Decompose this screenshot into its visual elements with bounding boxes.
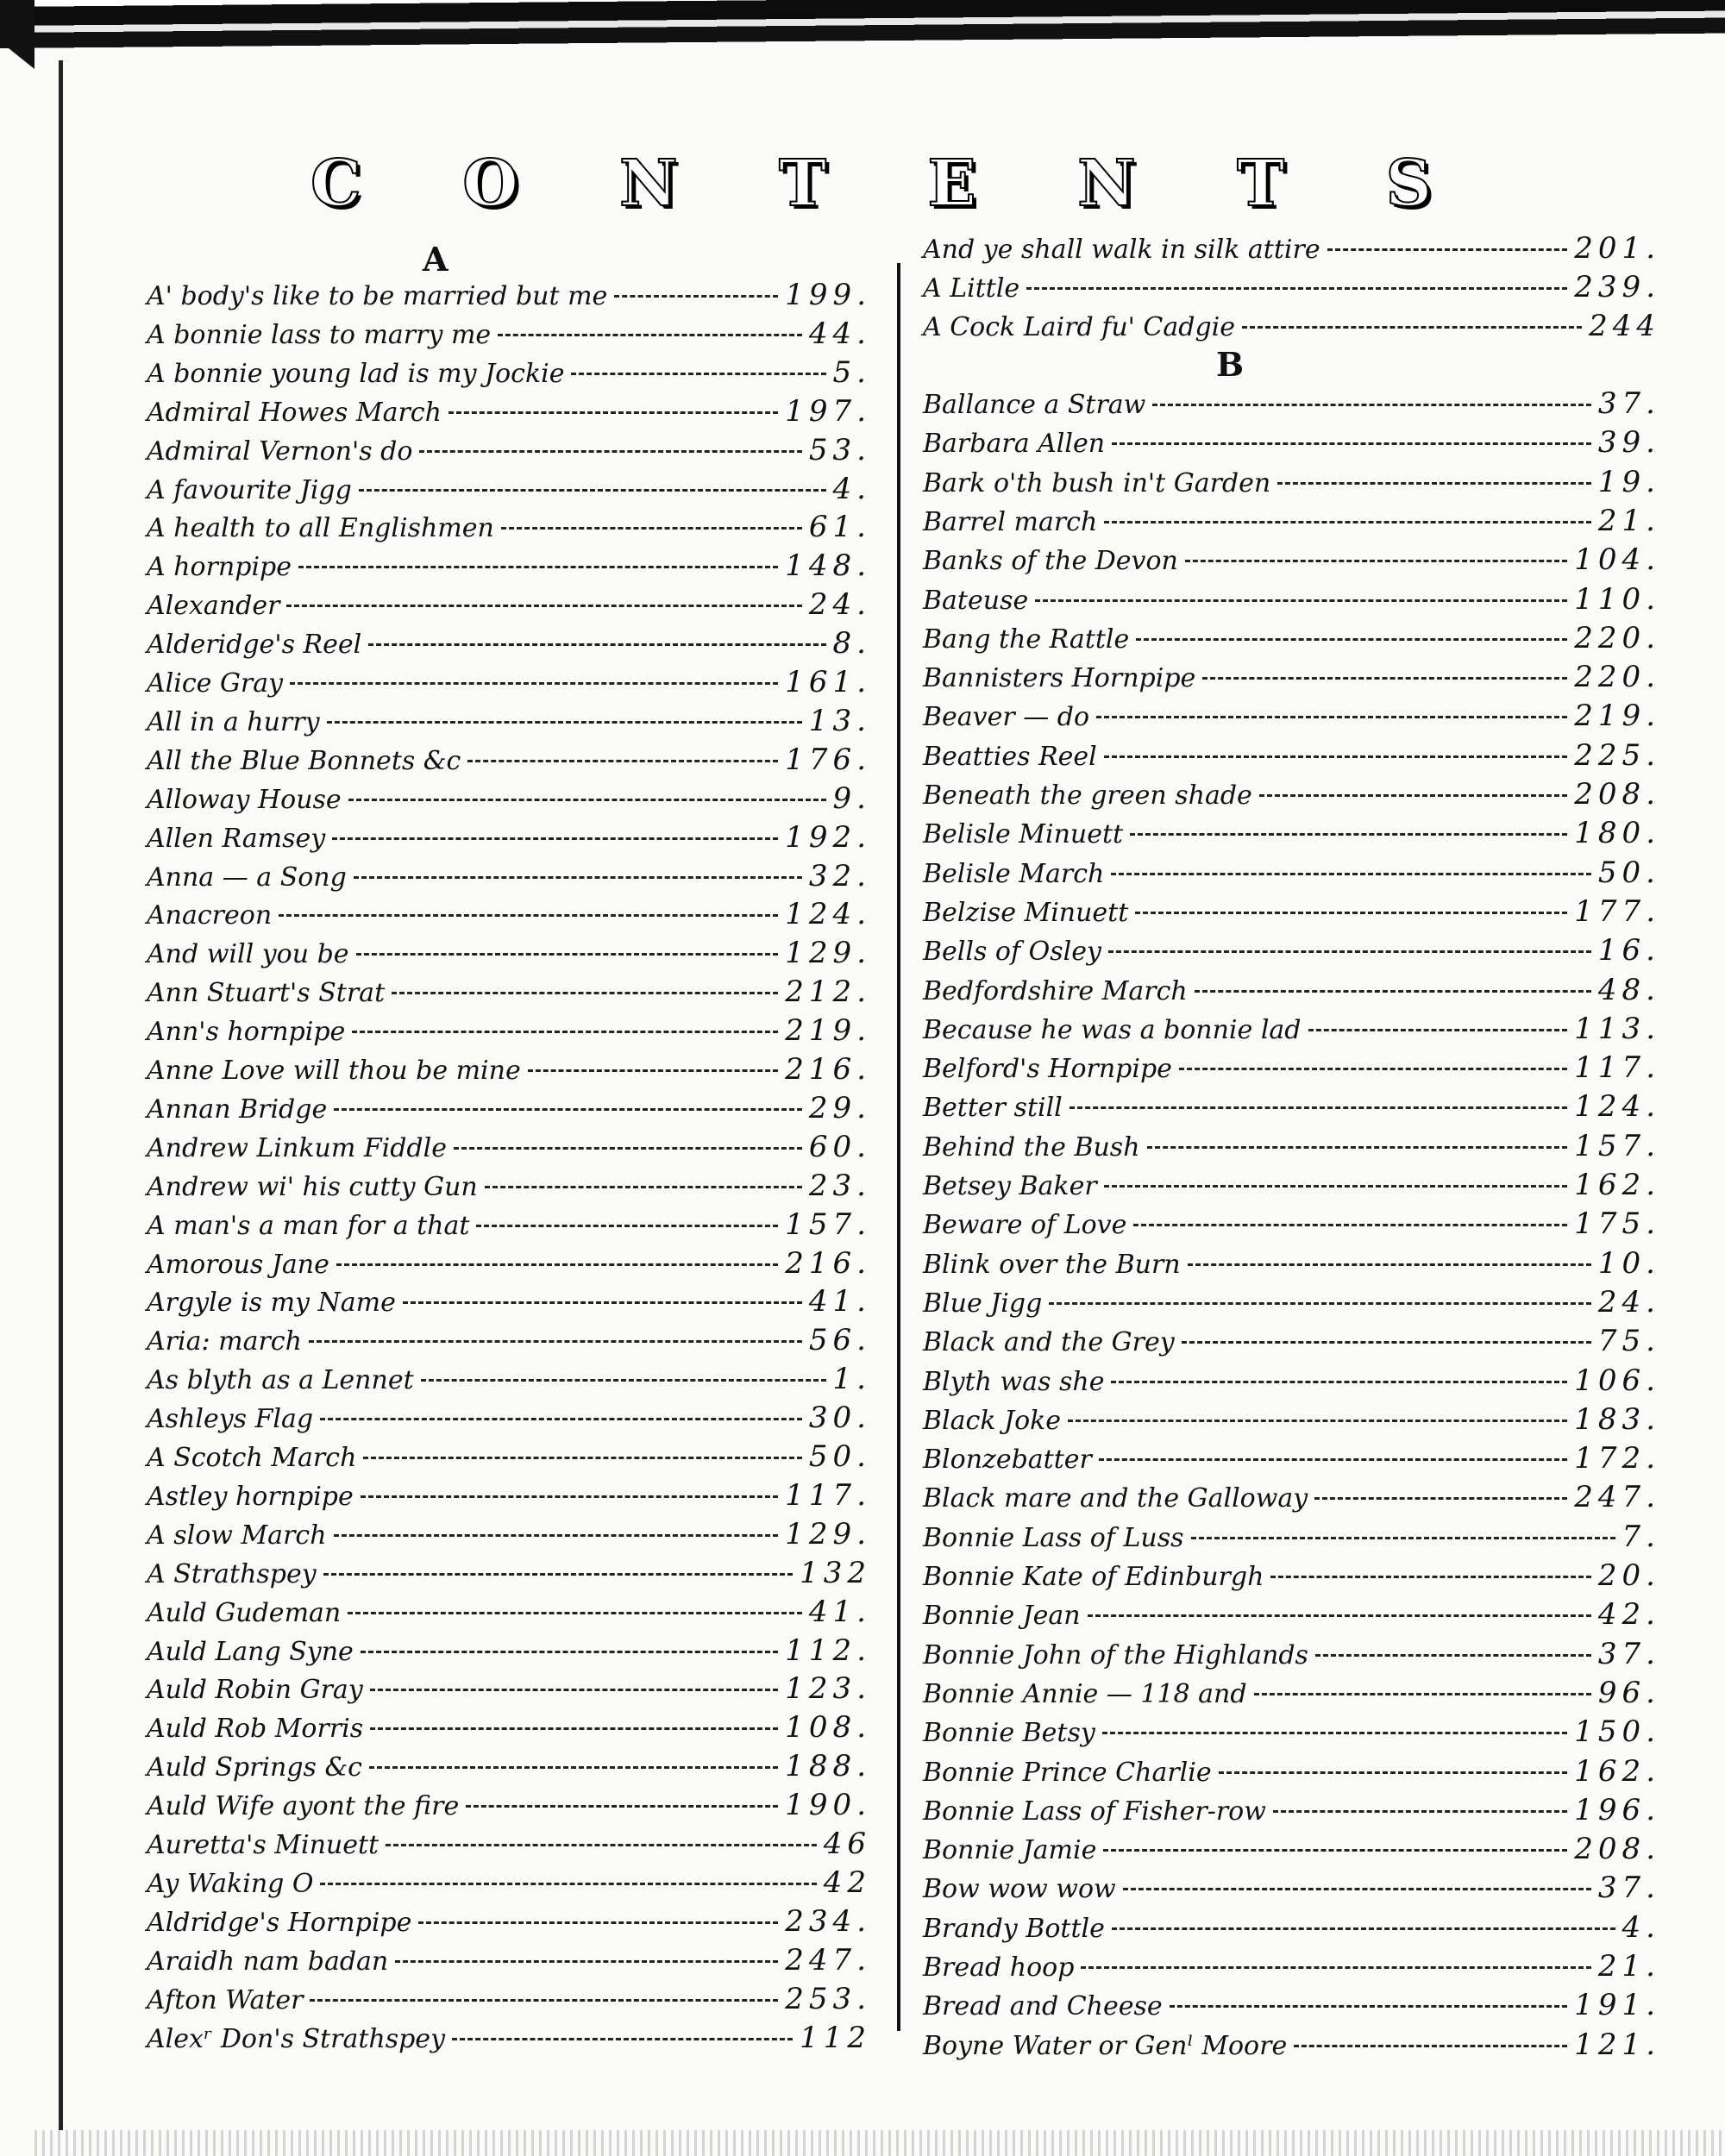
dot-leader (1136, 638, 1567, 641)
entry-title: Auld Springs &c (147, 1752, 362, 1783)
contents-entry: Bonnie Jean42. (923, 1597, 1660, 1632)
entry-page-number: 219. (1574, 699, 1660, 733)
contents-entry: Bang the Rattle220. (923, 621, 1660, 655)
entry-page-number: 188. (785, 1749, 871, 1783)
contents-entry: Andrew wi' his cutty Gun23. (147, 1169, 871, 1203)
entry-page-number: 244 (1589, 309, 1660, 343)
entry-page-number: 39. (1598, 425, 1660, 460)
dot-leader (1026, 287, 1567, 290)
dot-leader (476, 1225, 778, 1227)
contents-entry: Belisle March50. (923, 856, 1660, 890)
dot-leader (369, 1766, 778, 1769)
entry-page-number: 220. (1574, 621, 1660, 655)
entry-page-number: 172. (1574, 1441, 1660, 1476)
entry-page-number: 32. (809, 859, 871, 893)
dot-leader (395, 1960, 778, 1963)
entry-title: Betsey Baker (923, 1171, 1097, 1201)
title-letter: T (1237, 147, 1284, 221)
entry-title: Aldridge's Hornpipe (147, 1908, 411, 1938)
contents-entry: A hornpipe148. (147, 548, 871, 583)
contents-entry: Brandy Bottle4. (923, 1910, 1660, 1945)
entry-title: Beaver — do (923, 702, 1089, 732)
entry-title: A hornpipe (147, 552, 292, 582)
contents-entry: And ye shall walk in silk attire201. (923, 231, 1660, 266)
dot-leader (1170, 2005, 1568, 2008)
entry-page-number: 117. (785, 1478, 871, 1513)
contents-entry: Alexʳ Don's Strathspey112 (147, 2021, 871, 2055)
entry-title: Auretta's Minuett (147, 1830, 379, 1860)
entry-page-number: 216. (785, 1052, 871, 1087)
entry-page-number: 21. (1598, 504, 1660, 538)
dot-leader (1130, 833, 1567, 836)
entry-page-number: 37. (1598, 386, 1660, 421)
contents-entry: Beneath the green shade208. (923, 777, 1660, 812)
dot-leader (1111, 1381, 1567, 1383)
entry-page-number: 157. (1574, 1129, 1660, 1163)
entry-title: Bread hoop (923, 1952, 1074, 1983)
entry-title: Anna — a Song (147, 862, 347, 893)
contents-entry: Admiral Vernon's do53. (147, 433, 871, 467)
dot-leader (1096, 716, 1567, 718)
entry-title: Bonnie Betsy (923, 1718, 1095, 1748)
entry-page-number: 41. (809, 1595, 871, 1629)
dot-leader (1147, 1146, 1568, 1149)
entry-page-number: 129. (785, 1517, 871, 1551)
entry-title: Bark o'th bush in't Garden (923, 468, 1270, 498)
entry-title: Ballance a Straw (923, 390, 1145, 420)
entry-page-number: 50. (809, 1439, 871, 1474)
contents-entry: Blink over the Burn10. (923, 1246, 1660, 1281)
dot-leader (361, 1651, 779, 1653)
dot-leader (368, 643, 825, 646)
dot-leader (1088, 1614, 1591, 1617)
contents-entry: Auretta's Minuett46 (147, 1827, 871, 1861)
entry-title: Alderidge's Reel (147, 630, 361, 660)
entry-page-number: 129. (785, 936, 871, 970)
entry-page-number: 16. (1598, 933, 1660, 968)
entry-title: Better still (923, 1093, 1063, 1123)
entry-title: Bonnie Jamie (923, 1835, 1096, 1865)
contents-entry: Belzise Minuett177. (923, 894, 1660, 929)
entry-page-number: 216. (785, 1246, 871, 1281)
entry-title: Auld Robin Gray (147, 1675, 363, 1705)
dot-leader (1185, 560, 1567, 562)
contents-entry: Bread and Cheese191. (923, 1988, 1660, 2022)
entry-page-number: 191. (1574, 1988, 1660, 2022)
contents-entry: And will you be129. (147, 936, 871, 970)
entry-page-number: 30. (809, 1401, 871, 1435)
contents-entry: Ann's hornpipe219. (147, 1013, 871, 1048)
contents-entry: As blyth as a Lennet1. (147, 1362, 871, 1396)
dot-leader (354, 876, 802, 879)
entry-title: Bonnie John of the Highlands (923, 1640, 1308, 1670)
entry-title: Beatties Reel (923, 742, 1097, 772)
entry-title: All the Blue Bonnets &c (147, 746, 461, 776)
entry-title: Andrew Linkum Fiddle (147, 1133, 447, 1163)
dot-leader (327, 721, 802, 724)
entry-title: Admiral Vernon's do (147, 436, 412, 467)
entry-title: Bonnie Lass of Fisher-row (923, 1796, 1266, 1827)
entry-title: Belisle March (923, 859, 1104, 889)
dot-leader (571, 373, 825, 375)
dot-leader (1104, 521, 1591, 523)
dot-leader (1111, 873, 1591, 875)
contents-entry: Bonnie Prince Charlie162. (923, 1754, 1660, 1789)
entry-title: Astley hornpipe (147, 1482, 354, 1512)
entry-page-number: 24. (1598, 1285, 1660, 1319)
title-letter: O (462, 147, 517, 221)
contents-entry: A health to all Englishmen61. (147, 510, 871, 544)
entry-page-number: 7. (1622, 1520, 1660, 1554)
entry-title: Aria: march (147, 1326, 302, 1357)
entry-title: Amorous Jane (147, 1250, 329, 1280)
entry-page-number: 60. (809, 1130, 871, 1164)
entry-page-number: 201. (1574, 231, 1660, 266)
contents-entry: Bonnie Lass of Luss7. (923, 1520, 1660, 1554)
entry-title: Afton Water (147, 1985, 303, 2015)
entry-page-number: 177. (1574, 894, 1660, 929)
entry-title: Blue Jigg (923, 1288, 1042, 1319)
entry-page-number: 61. (809, 510, 871, 544)
entry-title: Blonzebatter (923, 1445, 1092, 1475)
entry-title: Behind the Bush (923, 1132, 1140, 1163)
dot-leader (1112, 1927, 1615, 1930)
contents-entry: Araidh nam badan247. (147, 1943, 871, 1977)
contents-entry: Afton Water253. (147, 1982, 871, 2016)
dot-leader (1182, 1341, 1591, 1344)
entry-title: Alexander (147, 591, 279, 621)
dot-leader (1314, 1497, 1567, 1500)
entry-page-number: 5. (833, 355, 871, 390)
contents-entry: Argyle is my Name41. (147, 1284, 871, 1319)
entry-page-number: 96. (1598, 1676, 1660, 1710)
entry-title: Ann's hornpipe (147, 1017, 345, 1047)
entry-title: Black Joke (923, 1406, 1061, 1436)
dot-leader (1202, 677, 1567, 680)
dot-leader (1035, 599, 1567, 602)
entry-title: Bonnie Jean (923, 1601, 1081, 1631)
entry-title: A Scotch March (147, 1443, 356, 1473)
contents-entry: All in a hurry13. (147, 704, 871, 738)
title-letter: T (779, 147, 826, 221)
contents-entry: Bonnie Betsy150. (923, 1714, 1660, 1749)
contents-entry: Bells of Osley16. (923, 933, 1660, 968)
dot-leader (359, 489, 826, 492)
entry-page-number: 110. (1574, 582, 1660, 617)
dot-leader (454, 1147, 802, 1150)
entry-page-number: 112 (800, 2021, 871, 2055)
contents-entry: Behind the Bush157. (923, 1129, 1660, 1163)
entry-title: Belford's Hornpipe (923, 1054, 1172, 1084)
contents-entry: Anacreon124. (147, 897, 871, 931)
dot-leader (370, 1727, 778, 1730)
dot-leader (348, 799, 826, 801)
entry-title: A Strathspey (147, 1559, 317, 1589)
entry-title: A Little (923, 273, 1019, 304)
page-top-border (0, 0, 1725, 60)
entry-page-number: 19. (1598, 465, 1660, 499)
title-letter: N (1077, 147, 1136, 221)
entry-title: Blink over the Burn (923, 1250, 1181, 1280)
entry-page-number: 123. (785, 1671, 871, 1706)
entry-page-number: 9. (833, 781, 871, 816)
entry-title: Andrew wi' his cutty Gun (147, 1172, 478, 1202)
entry-page-number: 10. (1598, 1246, 1660, 1281)
dot-leader (403, 1301, 802, 1304)
dot-leader (1188, 1263, 1591, 1266)
entry-page-number: 124. (1574, 1089, 1660, 1124)
contents-entry: Ashleys Flag30. (147, 1401, 871, 1435)
column-divider (897, 263, 900, 2031)
contents-entry: Belisle Minuett180. (923, 816, 1660, 850)
dot-leader (334, 1534, 779, 1537)
entry-page-number: 4. (833, 472, 871, 506)
entry-page-number: 41. (809, 1284, 871, 1319)
contents-entry: Aldridge's Hornpipe234. (147, 1904, 871, 1939)
dot-leader (418, 1921, 778, 1924)
entry-page-number: 8. (833, 626, 871, 661)
contents-entry: Bateuse110. (923, 582, 1660, 617)
entry-page-number: 196. (1574, 1793, 1660, 1827)
contents-entry: Bonnie Kate of Edinburgh20. (923, 1558, 1660, 1593)
dot-leader (1195, 990, 1591, 993)
entry-title: Black mare and the Galloway (923, 1483, 1308, 1514)
entry-page-number: 106. (1574, 1363, 1660, 1398)
contents-entry: Bonnie Annie — 118 and96. (923, 1676, 1660, 1710)
page-bottom-edge (34, 2130, 1725, 2156)
entry-title: A favourite Jigg (147, 475, 352, 505)
dot-leader (1191, 1537, 1615, 1539)
entry-title: All in a hurry (147, 707, 320, 737)
entry-page-number: 50. (1598, 856, 1660, 890)
entry-page-number: 162. (1574, 1168, 1660, 1202)
entry-title: Anacreon (147, 900, 272, 931)
entry-page-number: 150. (1574, 1714, 1660, 1749)
entry-page-number: 220. (1574, 660, 1660, 694)
dot-leader (466, 1805, 778, 1808)
contents-entry: Aria: march56. (147, 1323, 871, 1357)
entry-page-number: 48. (1598, 973, 1660, 1007)
entry-page-number: 225. (1574, 738, 1660, 773)
entry-title: And will you be (147, 939, 349, 969)
entry-title: Bedfordshire March (923, 976, 1188, 1006)
contents-entry: Ann Stuart's Strat212. (147, 975, 871, 1009)
dot-leader (1123, 1888, 1591, 1890)
contents-entry: Allen Ramsey192. (147, 820, 871, 855)
entry-page-number: 212. (785, 975, 871, 1009)
section-letter: A (423, 240, 448, 279)
contents-entry: A bonnie young lad is my Jockie5. (147, 355, 871, 390)
entry-title: Alexʳ Don's Strathspey (147, 2024, 445, 2054)
dot-leader (279, 914, 778, 917)
dot-leader (392, 992, 778, 994)
dot-leader (1112, 442, 1591, 445)
dot-leader (452, 2038, 793, 2040)
entry-title: Araidh nam badan (147, 1946, 388, 1977)
contents-entry: Astley hornpipe117. (147, 1478, 871, 1513)
entry-page-number: 13. (809, 704, 871, 738)
dot-leader (419, 450, 801, 453)
dot-leader (1242, 326, 1582, 329)
entry-title: A Cock Laird fu' Cadgie (923, 312, 1235, 342)
contents-entry: Bedfordshire March48. (923, 973, 1660, 1007)
page-title: CONTENTS (310, 147, 1432, 221)
entry-title: Bannisters Hornpipe (923, 663, 1195, 693)
contents-entry: Beaver — do219. (923, 699, 1660, 733)
entry-page-number: 121. (1574, 2028, 1660, 2062)
entry-page-number: 75. (1598, 1324, 1660, 1358)
dot-leader (334, 1108, 802, 1111)
dot-leader (348, 1612, 802, 1614)
dot-leader (1068, 1420, 1567, 1422)
entry-title: Anne Love will thou be mine (147, 1056, 521, 1086)
dot-leader (1327, 248, 1568, 251)
entry-page-number: 44. (809, 317, 871, 351)
dot-leader (363, 1457, 802, 1459)
contents-entry: Belford's Hornpipe117. (923, 1050, 1660, 1085)
entry-title: Auld Rob Morris (147, 1714, 363, 1744)
entry-page-number: 4. (1622, 1910, 1660, 1945)
dot-leader (1294, 2045, 1567, 2047)
title-letter: C (310, 147, 361, 221)
dot-leader (286, 605, 801, 607)
entry-title: Barrel march (923, 507, 1097, 537)
entry-page-number: 42. (1598, 1597, 1660, 1632)
dot-leader (1081, 1966, 1591, 1969)
contents-entry: A' body's like to be married but me199. (147, 278, 871, 312)
entry-page-number: 42 (824, 1865, 871, 1900)
dot-leader (485, 1186, 802, 1188)
contents-entry: A favourite Jigg4. (147, 472, 871, 506)
entry-title: Argyle is my Name (147, 1288, 396, 1318)
dot-leader (1069, 1106, 1568, 1109)
entry-page-number: 253. (785, 1982, 871, 2016)
entry-title: Belzise Minuett (923, 898, 1128, 928)
entry-page-number: 21. (1598, 1949, 1660, 1984)
contents-entry: A Cock Laird fu' Cadgie244 (923, 309, 1660, 343)
left-margin-rule (59, 60, 63, 2130)
dot-leader (320, 1883, 816, 1885)
contents-entry: A Strathspey132 (147, 1556, 871, 1590)
contents-entry: Blue Jigg24. (923, 1285, 1660, 1319)
dot-leader (467, 760, 778, 762)
entry-page-number: 148. (785, 548, 871, 583)
contents-entry: Because he was a bonnie lad113. (923, 1012, 1660, 1046)
dot-leader (370, 1689, 779, 1691)
entry-title: Bateuse (923, 586, 1028, 616)
dot-leader (1135, 912, 1567, 914)
entry-title: Beneath the green shade (923, 780, 1252, 811)
contents-entry: Better still124. (923, 1089, 1660, 1124)
dot-leader (421, 1379, 826, 1382)
entry-page-number: 162. (1574, 1754, 1660, 1789)
dot-leader (1102, 1732, 1567, 1734)
contents-entry: Bannisters Hornpipe220. (923, 660, 1660, 694)
dot-leader (1277, 482, 1591, 485)
dot-leader (448, 411, 778, 414)
dot-leader (528, 1069, 779, 1072)
contents-entry: Black mare and the Galloway247. (923, 1480, 1660, 1514)
contents-entry: Auld Wife ayont the fire190. (147, 1788, 871, 1822)
entry-page-number: 161. (785, 665, 871, 699)
dot-leader (614, 295, 778, 298)
entry-page-number: 23. (809, 1169, 871, 1203)
entry-title: Bang the Rattle (923, 624, 1129, 655)
dot-leader (320, 1418, 802, 1420)
dot-leader (361, 1495, 779, 1498)
entry-page-number: 190. (785, 1788, 871, 1822)
contents-entry: Auld Springs &c188. (147, 1749, 871, 1783)
entry-title: And ye shall walk in silk attire (923, 235, 1320, 265)
dot-leader (298, 566, 778, 568)
contents-entry: Bonnie Jamie208. (923, 1832, 1660, 1866)
entry-title: Bonnie Annie — 118 and (923, 1679, 1247, 1709)
entry-title: Bells of Osley (923, 937, 1101, 967)
entry-title: Bread and Cheese (923, 1991, 1163, 2021)
dot-leader (310, 1999, 778, 2002)
entry-title: Bonnie Prince Charlie (923, 1758, 1212, 1788)
dot-leader (1270, 1576, 1591, 1578)
contents-entry: Bark o'th bush in't Garden19. (923, 465, 1660, 499)
entry-title: Auld Wife ayont the fire (147, 1791, 459, 1821)
entry-title: A slow March (147, 1520, 327, 1551)
dot-leader (1049, 1302, 1591, 1305)
contents-entry: Bonnie Lass of Fisher-row196. (923, 1793, 1660, 1827)
entry-page-number: 208. (1574, 1832, 1660, 1866)
dot-leader (1104, 1185, 1568, 1188)
entry-page-number: 183. (1574, 1402, 1660, 1437)
dot-leader (1259, 794, 1567, 797)
contents-entry: Auld Rob Morris108. (147, 1710, 871, 1745)
dot-leader (336, 1263, 778, 1266)
entry-title: Allen Ramsey (147, 824, 325, 854)
contents-entry: Betsey Baker162. (923, 1168, 1660, 1202)
entry-title: Alloway House (147, 785, 342, 815)
contents-entry: Black and the Grey75. (923, 1324, 1660, 1358)
contents-entry: Alexander24. (147, 587, 871, 622)
dot-leader (1179, 1068, 1567, 1070)
contents-entry: Ay Waking O42 (147, 1865, 871, 1900)
entry-title: Bonnie Lass of Luss (923, 1523, 1184, 1553)
contents-entry: Ballance a Straw37. (923, 386, 1660, 421)
entry-page-number: 124. (785, 897, 871, 931)
contents-entry: Auld Robin Gray123. (147, 1671, 871, 1706)
entry-page-number: 247. (1574, 1480, 1660, 1514)
contents-entry: Auld Lang Syne112. (147, 1633, 871, 1668)
dot-leader (386, 1844, 817, 1846)
entry-title: Beware of Love (923, 1210, 1126, 1240)
entry-page-number: 199. (785, 278, 871, 312)
dot-leader (309, 1340, 802, 1343)
dot-leader (352, 1031, 778, 1033)
entry-title: A health to all Englishmen (147, 513, 494, 543)
entry-page-number: 197. (785, 394, 871, 429)
contents-entry: A slow March129. (147, 1517, 871, 1551)
dot-leader (1099, 1458, 1567, 1461)
entry-page-number: 113. (1574, 1012, 1660, 1046)
entry-title: Ay Waking O (147, 1869, 313, 1899)
entry-title: Admiral Howes March (147, 398, 442, 428)
contents-entry: Boyne Water or Genˡ Moore121. (923, 2028, 1660, 2062)
contents-entry: Andrew Linkum Fiddle60. (147, 1130, 871, 1164)
title-letter: E (927, 147, 975, 221)
contents-entry: Barrel march21. (923, 504, 1660, 538)
entry-title: Black and the Grey (923, 1327, 1175, 1357)
contents-entry: Annan Bridge29. (147, 1091, 871, 1125)
entry-page-number: 104. (1574, 542, 1660, 577)
dot-leader (1308, 1029, 1568, 1031)
entry-title: Auld Lang Syne (147, 1637, 354, 1667)
